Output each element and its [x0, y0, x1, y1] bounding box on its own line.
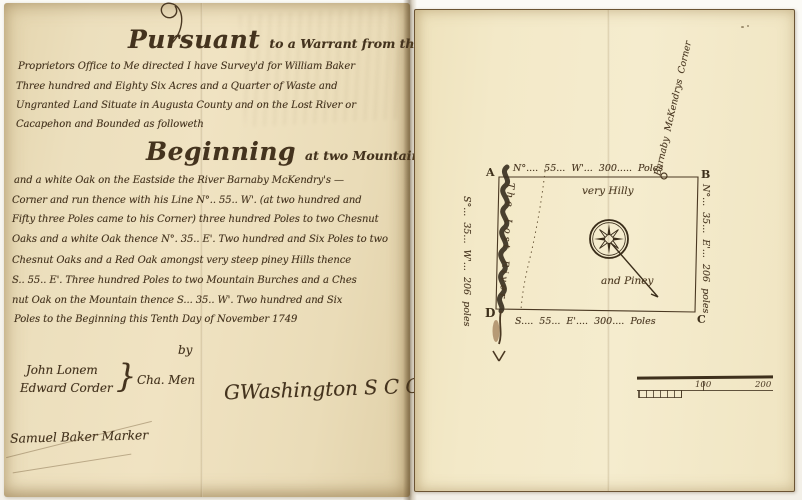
washington-signature: GWashington S C C [224, 374, 421, 405]
note-and-piney: and Piney [601, 275, 653, 287]
bearing-top: N°.... 55... W'... 300..... Poles [513, 163, 663, 174]
text-line: nut Oak on the Mountain thence S... 35..… [12, 295, 342, 306]
scale-tick-200: 200 [755, 380, 771, 390]
text-line: Oaks and a white Oak thence N°. 35.. E'.… [12, 234, 388, 245]
paper-scratch [13, 454, 132, 474]
corner-label-b: B [701, 168, 710, 181]
ink-stain [493, 320, 500, 342]
corner-label-d: D [485, 306, 495, 320]
beginning-word: Beginning [146, 137, 296, 166]
opening-heading: Pursuant to a Warrant from the [128, 25, 422, 54]
text-line: Corner and run thence with his Line N°..… [12, 195, 362, 206]
text-line: Proprietors Office to Me directed I have… [18, 61, 355, 72]
bearing-bottom: S.... 55... E'.... 300.... Poles [515, 316, 656, 327]
dotted-trail [521, 171, 545, 310]
text-line: Poles to the Beginning this Tenth Day of… [14, 314, 297, 325]
text-line: and a white Oak on the Eastside the Rive… [14, 175, 344, 186]
opening-word: Pursuant [128, 25, 260, 54]
brace-glyph: } [116, 357, 136, 395]
text-line: Cacapehon and Bounded as followeth [16, 119, 204, 130]
text-line: Ungranted Land Situate in Augusta County… [16, 100, 356, 111]
river-outlet-arrow-icon [493, 351, 505, 361]
scale-bar: 100 200 [637, 376, 773, 400]
corner-label-c: C [697, 313, 706, 326]
scanned-survey-document: Pursuant to a Warrant from the Proprieto… [0, 0, 802, 500]
chain-men-role: Cha. Men [137, 373, 195, 387]
text-line: S.. 55.. E'. Three hundred Poles to two … [12, 275, 357, 286]
corner-label-a: A [486, 166, 495, 179]
bearing-right: N°... 35... E'... 206 poles [700, 184, 711, 313]
note-very-hilly: very Hilly [582, 185, 634, 197]
bearing-left: S°... 35... W'... 206 poles [461, 196, 472, 326]
compass-needle [611, 243, 658, 297]
right-page: A B C D N°.... 55... W'... 300..... Pole… [414, 9, 795, 492]
chain-man-name: John Lonem [26, 363, 98, 377]
text-line: Three hundred and Eighty Six Acres and a… [16, 81, 337, 92]
text-line: Fifty three Poles came to his Corner) th… [12, 214, 379, 225]
plat-boundary [496, 177, 698, 312]
chain-man-name: Edward Corder [20, 381, 112, 395]
scale-bar-rule [637, 375, 773, 379]
left-page: Pursuant to a Warrant from the Proprieto… [4, 3, 410, 497]
scale-tick-100: 100 [695, 380, 711, 390]
fold-crease [200, 3, 203, 497]
text-line: Chesnut Oaks and a Red Oak amongst very … [12, 255, 351, 266]
by-label: by [178, 343, 192, 357]
scale-bar-subdivisions [638, 390, 682, 398]
marker-signature: Samuel Baker Marker [10, 427, 148, 446]
opening-rest: to a Warrant from the [269, 36, 422, 51]
